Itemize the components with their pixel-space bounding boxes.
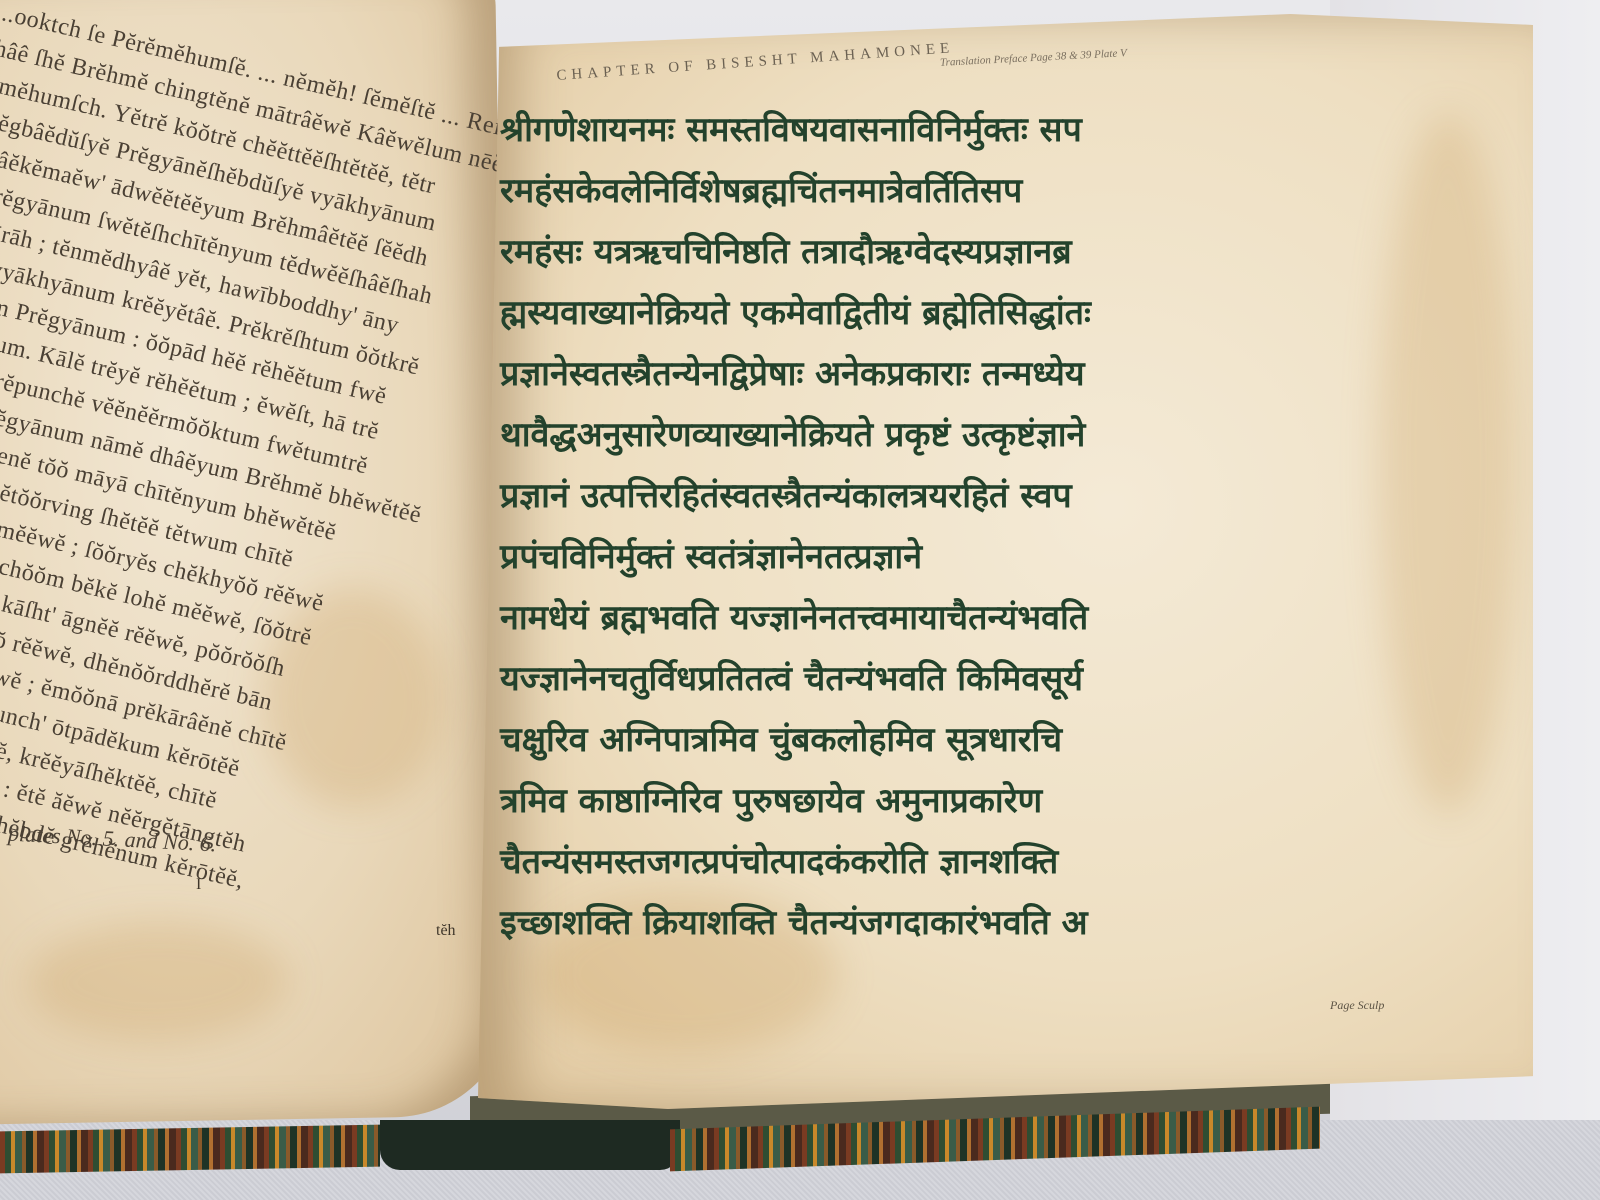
devanagari-line: चक्षुरिव अग्निपात्रमिव चुंबकलोहमिव सूत्र… <box>500 710 1340 771</box>
devanagari-line: प्रज्ञानं उत्पत्तिरहितंस्वतस्त्रैतन्यंका… <box>500 466 1340 527</box>
devanagari-line: चैतन्यंसमस्तजगत्प्रपंचोत्पादकंकरोति ज्ञा… <box>500 832 1340 893</box>
devanagari-line: थावैद्धअनुसारेणव्याख्यानेक्रियते प्रकृष्… <box>500 405 1340 466</box>
devanagari-line: त्रमिव काष्ठाग्निरिव पुरुषछायेव अमुनाप्र… <box>500 771 1340 832</box>
signature-mark: I <box>196 876 201 894</box>
devanagari-line: श्रीगणेशायनमः समस्तविषयवासनाविनिर्मुक्तः… <box>500 100 1340 161</box>
devanagari-line: प्रपंचविनिर्मुक्तं स्वतंत्रंज्ञानेनतत्प्… <box>500 527 1340 588</box>
book-spine <box>380 1120 680 1170</box>
catchword: tĕh <box>436 922 456 940</box>
devanagari-text: श्रीगणेशायनमः समस्तविषयवासनाविनिर्मुक्तः… <box>500 100 1340 954</box>
engraver-credit: Page Sculp <box>1330 998 1384 1013</box>
devanagari-line: प्रज्ञानेस्वतस्त्रैतन्येनद्विप्रेषाः अने… <box>500 344 1340 405</box>
devanagari-line: ह्मस्यवाख्यानेक्रियते एकमेवाद्वितीयं ब्र… <box>500 283 1340 344</box>
devanagari-line: रमहंसः यत्रऋचचिनिष्ठति तत्रादौऋग्वेदस्यप… <box>500 222 1340 283</box>
devanagari-line: इच्छाशक्ति क्रियाशक्ति चैतन्यंजगदाकारंभव… <box>500 893 1340 954</box>
devanagari-line: रमहंसकेवलेनिर्विशेषब्रह्मचिंतनमात्रेवर्त… <box>500 161 1340 222</box>
marbled-page-edge-left <box>0 1125 380 1174</box>
devanagari-line: नामधेयं ब्रह्मभवति यज्ज्ञानेनतत्त्वमायाच… <box>500 588 1340 649</box>
devanagari-line: यज्ज्ञानेनचतुर्विधप्रतितत्वं चैतन्यंभवति… <box>500 649 1340 710</box>
